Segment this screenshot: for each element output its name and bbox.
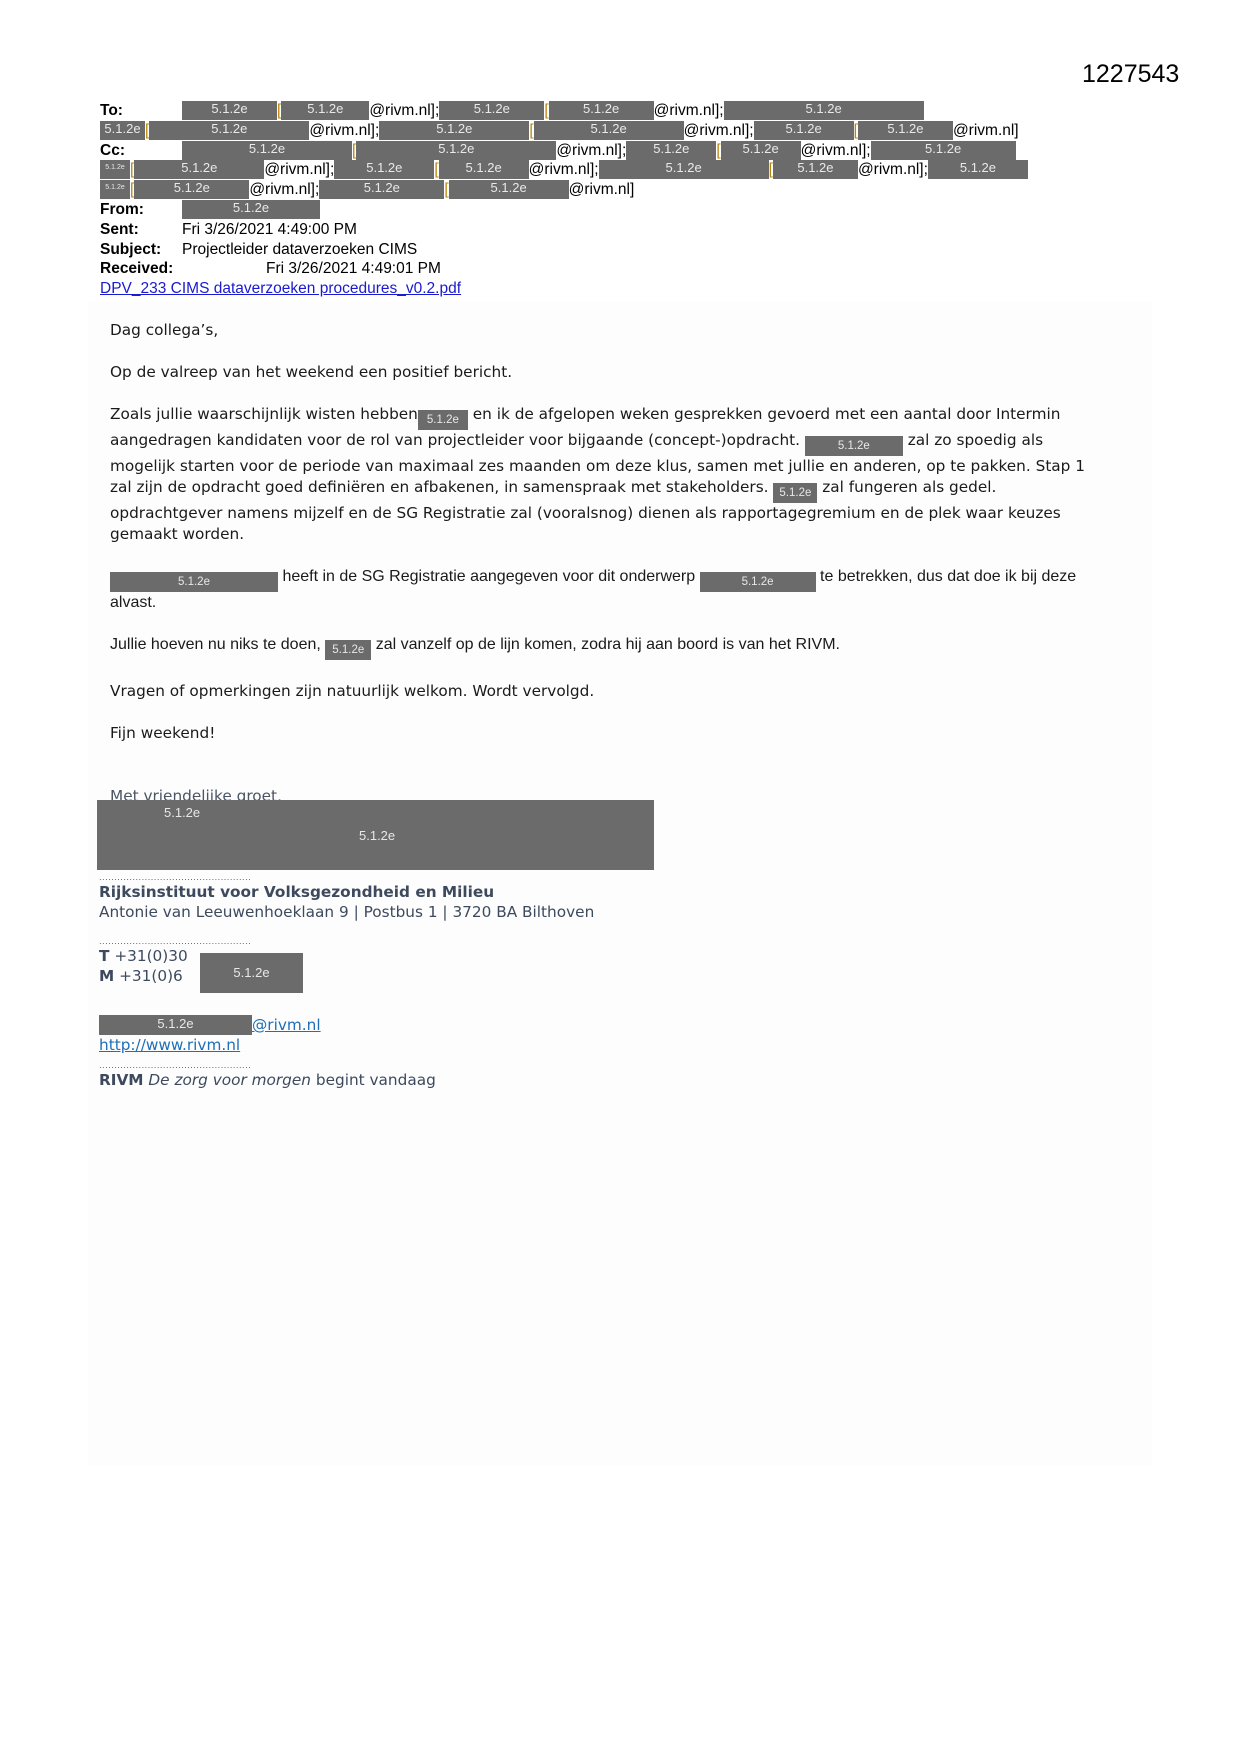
redaction: 5.1.2e	[334, 160, 434, 179]
sent-line: Sent: Fri 3/26/2021 4:49:00 PM	[100, 220, 1140, 240]
paragraph-2: Zoals jullie waarschijnlijk wisten hebbe…	[110, 404, 1110, 545]
email-suffix: @rivm.nl];	[369, 101, 439, 121]
redaction: 5.1.2e	[281, 101, 369, 120]
redaction: 5.1.2e	[182, 101, 277, 120]
redaction: 5.1.2e	[356, 141, 556, 160]
redaction: 5.1.2e	[449, 180, 569, 199]
signature-org-block: ........................................…	[99, 874, 594, 922]
redaction: 5.1.2e	[773, 160, 858, 179]
signature-tagline-block: ........................................…	[99, 1062, 436, 1090]
redaction: 5.1.2e	[134, 180, 249, 199]
document-number: 1227543	[1082, 60, 1179, 89]
divider-dots: ........................................…	[99, 1062, 436, 1070]
sent-label: Sent:	[100, 220, 139, 240]
signature-contact-block: 5.1.2e@rivm.nl http://www.rivm.nl	[99, 1015, 321, 1055]
redaction: 5.1.2e	[319, 180, 444, 199]
email-suffix: @rivm.nl];	[264, 160, 334, 180]
redaction: 5.1.2e	[754, 121, 854, 140]
attachment-link[interactable]: DPV_233 CIMS dataverzoeken procedures_v0…	[100, 279, 461, 299]
email-suffix: @rivm.nl];	[556, 141, 626, 161]
redaction: 5.1.2e	[724, 101, 924, 120]
org-address: Antonie van Leeuwenhoeklaan 9 | Postbus …	[99, 902, 594, 922]
email-suffix: @rivm.nl];	[529, 160, 599, 180]
greeting: Dag collega’s,	[110, 320, 1130, 341]
subject-label: Subject:	[100, 240, 161, 260]
redaction: 5.1.2e	[626, 141, 716, 160]
email-suffix: @rivm.nl]	[569, 180, 635, 200]
email-header: To: 5.1.2e[5.1.2e@rivm.nl];5.1.2e[5.1.2e…	[100, 101, 1140, 299]
paragraph-5: Vragen of opmerkingen zijn natuurlijk we…	[110, 681, 1130, 702]
cc-line-2: 5.1.2e[5.1.2e@rivm.nl];5.1.2e[5.1.2e@riv…	[100, 160, 1140, 180]
from-line: From: 5.1.2e	[100, 200, 1140, 220]
redaction: 5.1.2e	[773, 483, 817, 503]
paragraph-3: 5.1.2e heeft in de SG Registratie aangeg…	[110, 566, 1110, 613]
org-name: Rijksinstituut voor Volksgezondheid en M…	[99, 882, 594, 902]
redaction: 5.1.2e	[100, 180, 130, 199]
cc-line-3: 5.1.2e[5.1.2e@rivm.nl];5.1.2e[5.1.2e@riv…	[100, 180, 1140, 200]
subject-value: Projectleider dataverzoeken CIMS	[182, 240, 417, 260]
redaction: 5.1.2e	[134, 160, 264, 179]
email-suffix: @rivm.nl];	[858, 160, 928, 180]
email-body: Dag collega’s, Op de valreep van het wee…	[110, 320, 1130, 807]
to-line-1: To: 5.1.2e[5.1.2e@rivm.nl];5.1.2e[5.1.2e…	[100, 101, 1140, 121]
cc-label: Cc:	[100, 141, 125, 161]
to-line-2: 5.1.2e[5.1.2e@rivm.nl];5.1.2e[5.1.2e@riv…	[100, 121, 1140, 141]
redaction: 5.1.2e	[871, 141, 1016, 160]
redaction: 5.1.2e	[534, 121, 684, 140]
redaction: 5.1.2e	[325, 640, 371, 660]
redaction: 5.1.2e	[439, 101, 544, 120]
from-redaction: 5.1.2e	[182, 200, 320, 219]
subject-line: Subject: Projectleider dataverzoeken CIM…	[100, 240, 1140, 260]
redaction: 5.1.2e	[379, 121, 529, 140]
redaction: 5.1.2e	[700, 572, 816, 592]
phone-redaction: 5.1.2e	[200, 953, 303, 993]
redaction: 5.1.2e	[100, 160, 130, 179]
redaction: 5.1.2e	[858, 121, 953, 140]
redaction: 5.1.2e	[805, 436, 903, 456]
redaction: 5.1.2e	[182, 141, 352, 160]
email-link[interactable]: @rivm.nl	[252, 1016, 321, 1034]
signature-name-redaction: 5.1.2e 5.1.2e	[97, 800, 654, 870]
redaction: 5.1.2e	[599, 160, 769, 179]
email-suffix: @rivm.nl];	[249, 180, 319, 200]
email-suffix: @rivm.nl];	[654, 101, 724, 121]
received-value: Fri 3/26/2021 4:49:01 PM	[266, 259, 441, 279]
redaction: 5.1.2e	[110, 572, 278, 592]
tagline: RIVM De zorg voor morgen begint vandaag	[99, 1070, 436, 1090]
attachment-line: DPV_233 CIMS dataverzoeken procedures_v0…	[100, 279, 1140, 299]
paragraph-6: Fijn weekend!	[110, 723, 1130, 744]
paragraph-1: Op de valreep van het weekend een positi…	[110, 362, 1130, 383]
sent-value: Fri 3/26/2021 4:49:00 PM	[182, 220, 357, 240]
redaction: 5.1.2e	[928, 160, 1028, 179]
paragraph-4: Jullie hoeven nu niks te doen, 5.1.2e za…	[110, 634, 1130, 660]
email-suffix: @rivm.nl];	[309, 121, 379, 141]
divider-dots: ........................................…	[99, 874, 594, 882]
redaction: 5.1.2e	[549, 101, 654, 120]
divider-dots: ........................................…	[99, 938, 251, 946]
redaction: 5.1.2e	[149, 121, 309, 140]
cc-line-1: Cc: 5.1.2e[5.1.2e@rivm.nl];5.1.2e[5.1.2e…	[100, 141, 1140, 161]
email-suffix: @rivm.nl];	[684, 121, 754, 141]
redaction: 5.1.2e	[100, 121, 145, 140]
email-suffix: @rivm.nl];	[801, 141, 871, 161]
email-suffix: @rivm.nl]	[953, 121, 1019, 141]
received-label: Received:	[100, 259, 173, 279]
email-redaction: 5.1.2e	[99, 1015, 252, 1035]
from-label: From:	[100, 200, 144, 220]
received-line: Received: Fri 3/26/2021 4:49:01 PM	[100, 259, 1140, 279]
website-link[interactable]: http://www.rivm.nl	[99, 1035, 321, 1055]
redaction: 5.1.2e	[418, 410, 468, 430]
to-label: To:	[100, 101, 123, 121]
redaction: 5.1.2e	[439, 160, 529, 179]
redaction: 5.1.2e	[721, 141, 801, 160]
